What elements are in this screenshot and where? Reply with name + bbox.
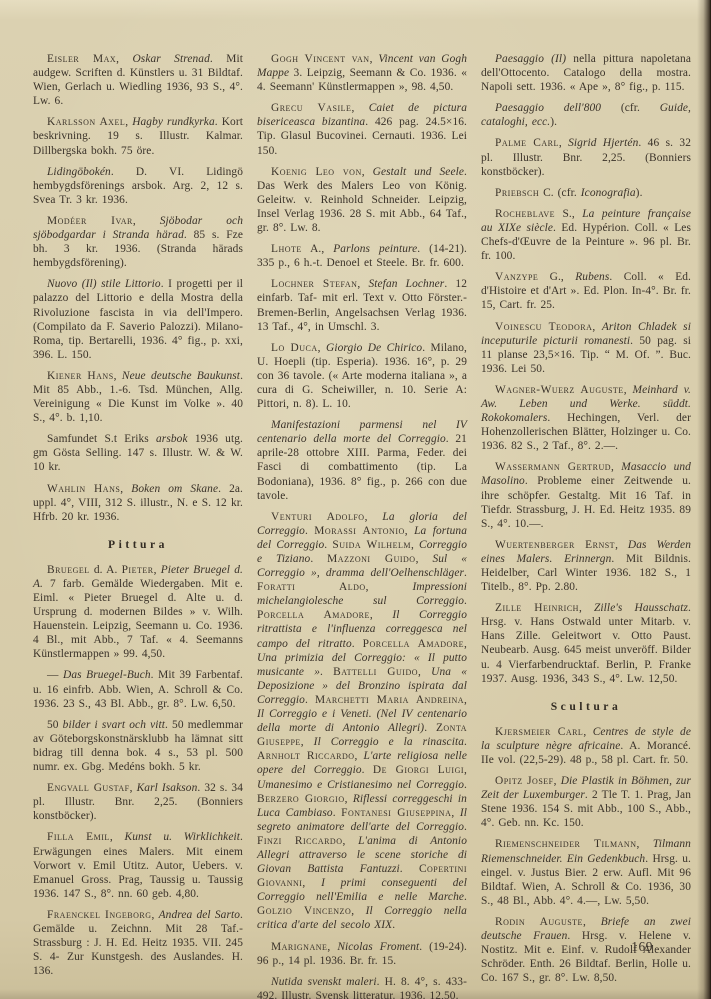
bibliography-entry: 50 bilder i svart och vitt. 50 medlemmar… xyxy=(33,718,243,774)
bibliography-entry: Paesaggio dell'800 (cfr. Guide, catalogh… xyxy=(481,101,691,129)
bibliography-entry: Nuovo (Il) stile Littorio. I progetti pe… xyxy=(33,277,243,362)
columns-container: Eisler Max, Oskar Strenad. Mit audgew. S… xyxy=(33,52,691,999)
bibliography-entry: Manifestazioni parmensi nel IV centenari… xyxy=(257,418,467,503)
column-1: Eisler Max, Oskar Strenad. Mit audgew. S… xyxy=(33,52,243,999)
bibliography-entry: Riemenschneider Tilmann, Tilmann Riemens… xyxy=(481,837,691,907)
bibliography-entry: Palme Carl, Sigrid Hjertén. 46 s. 32 pl.… xyxy=(481,136,691,178)
bibliography-entry: Wagner-Wuerz Auguste, Meinhard v. Aw. Le… xyxy=(481,383,691,453)
bibliography-entry: Zille Heinrich, Zille's Hausschatz. Hrsg… xyxy=(481,601,691,686)
bibliography-entry: Grecu Vasile, Caiet de pictura bisericea… xyxy=(257,101,467,157)
bibliography-entry: Priebsch C. (cfr. Iconografia). xyxy=(481,186,691,200)
column-3: Paesaggio (Il) nella pittura napoletana … xyxy=(481,52,691,999)
bibliography-entry: Lo Duca, Giorgio De Chirico. Milano, U. … xyxy=(257,341,467,411)
bibliography-entry: Lochner Stefan, Stefan Lochner. 12 einfa… xyxy=(257,277,467,333)
bibliography-entry: Marignane, Nicolas Froment. (19-24). 96 … xyxy=(257,940,467,968)
bibliography-entry: Eisler Max, Oskar Strenad. Mit audgew. S… xyxy=(33,52,243,108)
bibliography-entry: — Das Bruegel-Buch. Mit 39 Farbentaf. u.… xyxy=(33,668,243,710)
bibliography-entry: Vanzype G., Rubens. Coll. « Ed. d'Histoi… xyxy=(481,270,691,312)
bibliography-entry: Samfundet S.t Eriks arsbok 1936 utg. gm … xyxy=(33,432,243,474)
bibliography-entry: Filla Emil, Kunst u. Wirklichkeit. Erwäg… xyxy=(33,830,243,900)
bibliography-entry: Wassermann Gertrud, Masaccio und Masolin… xyxy=(481,460,691,530)
bibliography-entry: Karlsson Axel, Hagby rundkyrka. Kort bes… xyxy=(33,115,243,157)
bibliography-entry: Nutida svenskt maleri. H. 8. 4°, s. 433-… xyxy=(257,975,467,999)
bibliography-entry: Kjersmeier Carl, Centres de style de la … xyxy=(481,725,691,767)
bibliography-entry: Opitz Josef, Die Plastik in Böhmen, zur … xyxy=(481,774,691,830)
bibliography-entry: Gogh Vincent van, Vincent van Gogh Mappe… xyxy=(257,52,467,94)
bibliography-entry: Lidingöbokén. D. VI. Lidingö hembygdsför… xyxy=(33,165,243,207)
bibliography-entry: Engvall Gustaf, Karl Isakson. 32 s. 34 p… xyxy=(33,781,243,823)
bibliography-entry: Bruegel d. A. Pieter, Pieter Bruegel d. … xyxy=(33,563,243,662)
scan-edge-shadow-right xyxy=(697,0,711,999)
bibliography-entry: Paesaggio (Il) nella pittura napoletana … xyxy=(481,52,691,94)
bibliography-entry: Koenig Leo von, Gestalt und Seele. Das W… xyxy=(257,165,467,235)
bibliography-entry: Rodin Auguste, Briefe an zwei deutsche F… xyxy=(481,915,691,985)
page-number: 169 xyxy=(631,939,653,955)
bibliography-entry: Venturi Adolfo, La gloria del Correggio.… xyxy=(257,510,467,933)
bibliography-entry: Kiener Hans, Neue deutsche Baukunst. Mit… xyxy=(33,369,243,425)
bibliography-entry: Voinescu Teodora, Ariton Chladek si ince… xyxy=(481,320,691,376)
bibliography-entry: Wuertenberger Ernst, Das Werden eines Ma… xyxy=(481,538,691,594)
section-heading: Scultura xyxy=(481,700,691,713)
bibliography-entry: Fraenckel Ingeborg, Andrea del Sarto. Ge… xyxy=(33,908,243,978)
bibliography-entry: Wahlin Hans, Boken om Skane. 2a. uppl. 4… xyxy=(33,482,243,524)
bibliography-entry: Modéer Ivar, Sjöbodar och sjöbodgardar i… xyxy=(33,214,243,270)
column-2: Gogh Vincent van, Vincent van Gogh Mappe… xyxy=(257,52,467,999)
scanned-bibliography-page: Eisler Max, Oskar Strenad. Mit audgew. S… xyxy=(0,0,711,999)
bibliography-entry: Lhote A., Parlons peinture. (14-21). 335… xyxy=(257,242,467,270)
bibliography-entry: Rocheblave S., La peinture française au … xyxy=(481,207,691,263)
section-heading: Pittura xyxy=(33,538,243,551)
